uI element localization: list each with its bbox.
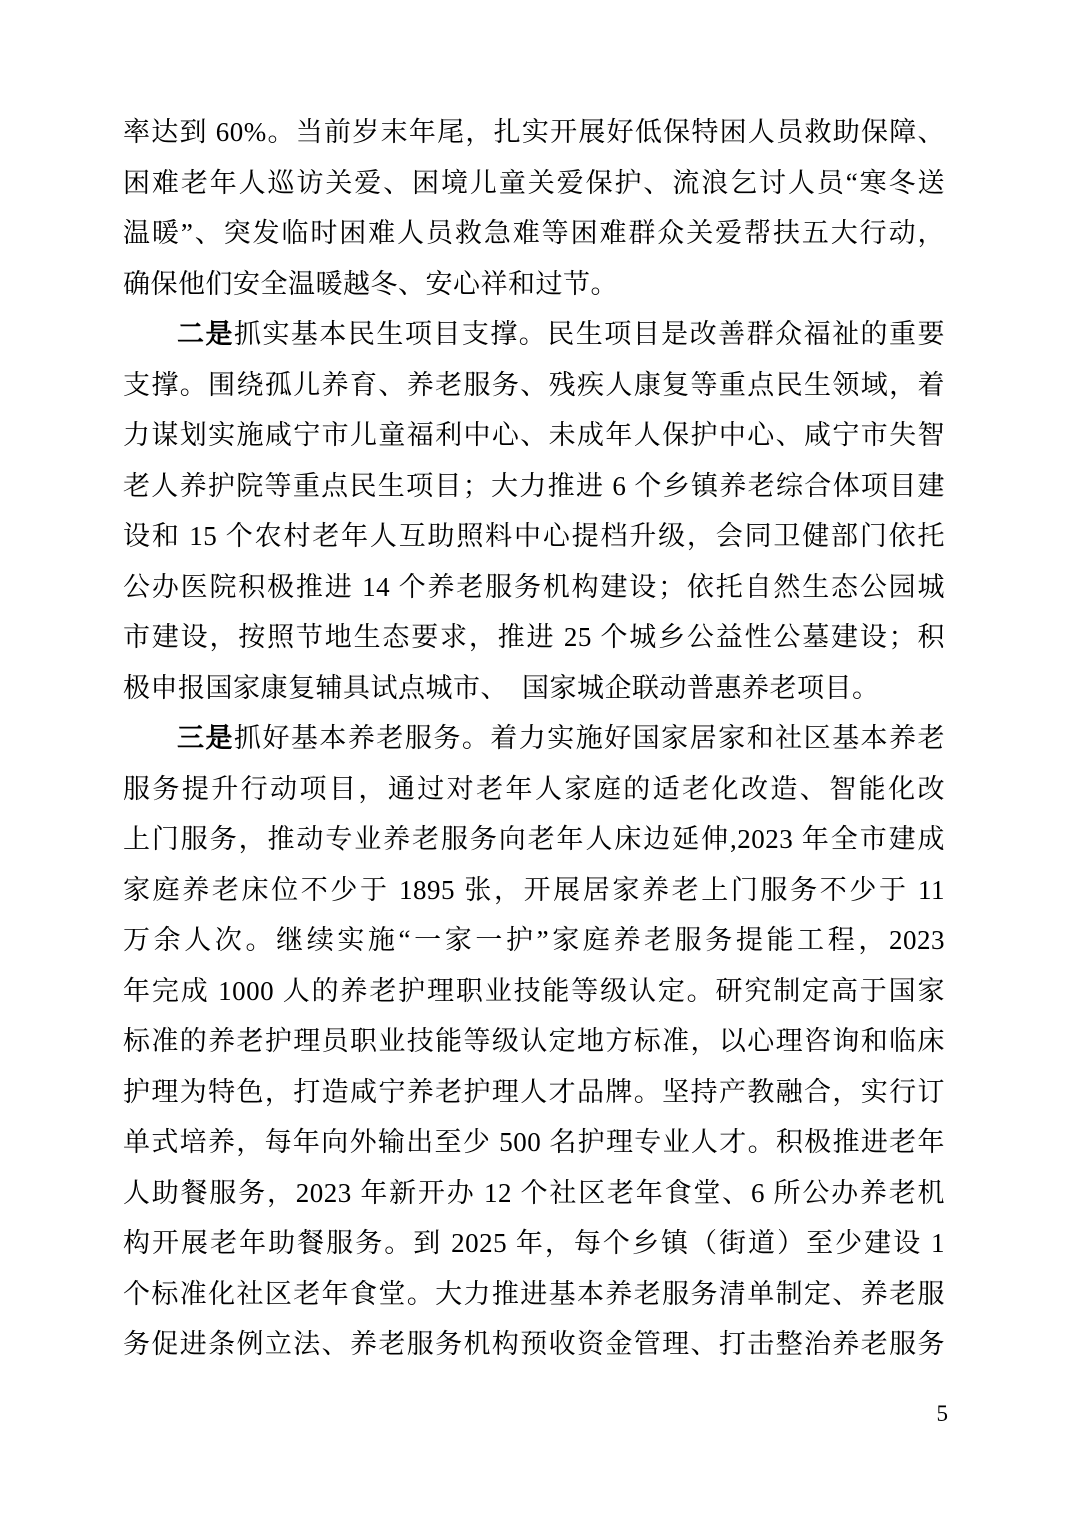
- line-text: 极申报国家康复辅具试点城市、 国家城企联动普惠养老项目。: [123, 673, 880, 703]
- line-text: 护理为特色，打造咸宁养老护理人才品牌。坚持产教融合，实行订: [123, 1077, 945, 1107]
- text-line: 务促进条例立法、养老服务机构预收资金管理、打击整治养老服务: [123, 1319, 945, 1370]
- text-line: 市建设，按照节地生态要求，推进 25 个城乡公益性公墓建设；积: [123, 612, 945, 663]
- line-text: 个标准化社区老年食堂。大力推进基本养老服务清单制定、养老服: [123, 1279, 945, 1309]
- line-text: 确保他们安全温暖越冬、安心祥和过节。: [123, 269, 618, 299]
- line-text: 设和 15 个农村老年人互助照料中心提档升级，会同卫健部门依托: [123, 521, 945, 551]
- text-line: 三是抓好基本养老服务。着力实施好国家居家和社区基本养老: [123, 713, 945, 764]
- text-line: 家庭养老床位不少于 1895 张，开展居家养老上门服务不少于 11: [123, 865, 945, 916]
- line-text: 率达到 60%。当前岁末年尾，扎实开展好低保特困人员救助保障、: [123, 117, 945, 147]
- text-line: 人助餐服务，2023 年新开办 12 个社区老年食堂、6 所公办养老机: [123, 1168, 945, 1219]
- text-line: 公办医院积极推进 14 个养老服务机构建设；依托自然生态公园城: [123, 562, 945, 613]
- text-line: 力谋划实施咸宁市儿童福利中心、未成年人保护中心、咸宁市失智: [123, 410, 945, 461]
- line-text: 抓实基本民生项目支撑。民生项目是改善群众福祉的重要: [234, 319, 945, 349]
- text-line: 支撑。围绕孤儿养育、养老服务、残疾人康复等重点民生领域，着: [123, 360, 945, 411]
- text-line: 确保他们安全温暖越冬、安心祥和过节。: [123, 259, 945, 310]
- line-text: 支撑。围绕孤儿养育、养老服务、残疾人康复等重点民生领域，着: [123, 370, 945, 400]
- line-text: 困难老年人巡访关爱、困境儿童关爱保护、流浪乞讨人员“寒冬送: [123, 168, 945, 198]
- line-text: 抓好基本养老服务。着力实施好国家居家和社区基本养老: [234, 723, 945, 753]
- document-page: 率达到 60%。当前岁末年尾，扎实开展好低保特困人员救助保障、困难老年人巡访关爱…: [0, 0, 1069, 1514]
- line-text: 老人养护院等重点民生项目；大力推进 6 个乡镇养老综合体项目建: [123, 471, 945, 501]
- text-line: 年完成 1000 人的养老护理职业技能等级认定。研究制定高于国家: [123, 966, 945, 1017]
- line-text: 服务提升行动项目，通过对老年人家庭的适老化改造、智能化改造、: [123, 774, 945, 815]
- text-line: 困难老年人巡访关爱、困境儿童关爱保护、流浪乞讨人员“寒冬送: [123, 158, 945, 209]
- text-line: 个标准化社区老年食堂。大力推进基本养老服务清单制定、养老服: [123, 1269, 945, 1320]
- text-line: 构开展老年助餐服务。到 2025 年，每个乡镇（街道）至少建设 1: [123, 1218, 945, 1269]
- line-text: 万余人次。继续实施“一家一护”家庭养老服务提能工程，2023: [123, 925, 945, 955]
- text-line: 极申报国家康复辅具试点城市、 国家城企联动普惠养老项目。: [123, 663, 945, 714]
- text-line: 温暖”、突发临时困难人员救急难等困难群众关爱帮扶五大行动，: [123, 208, 945, 259]
- text-line: 护理为特色，打造咸宁养老护理人才品牌。坚持产教融合，实行订: [123, 1067, 945, 1118]
- bold-lead: 二是: [177, 319, 234, 349]
- line-text: 务促进条例立法、养老服务机构预收资金管理、打击整治养老服务: [123, 1329, 945, 1359]
- text-line: 上门服务，推动专业养老服务向老年人床边延伸,2023 年全市建成: [123, 814, 945, 865]
- line-text: 上门服务，推动专业养老服务向老年人床边延伸,2023 年全市建成: [123, 824, 945, 854]
- line-text: 单式培养，每年向外输出至少 500 名护理专业人才。积极推进老年: [123, 1127, 945, 1157]
- line-text: 人助餐服务，2023 年新开办 12 个社区老年食堂、6 所公办养老机: [123, 1178, 945, 1208]
- bold-lead: 三是: [177, 723, 234, 753]
- text-line: 标准的养老护理员职业技能等级认定地方标准，以心理咨询和临床: [123, 1016, 945, 1067]
- document-body: 率达到 60%。当前岁末年尾，扎实开展好低保特困人员救助保障、困难老年人巡访关爱…: [123, 107, 945, 1370]
- line-text: 年完成 1000 人的养老护理职业技能等级认定。研究制定高于国家: [123, 976, 945, 1006]
- page-number: 5: [937, 1400, 949, 1428]
- text-line: 服务提升行动项目，通过对老年人家庭的适老化改造、智能化改造、: [123, 764, 945, 815]
- line-text: 温暖”、突发临时困难人员救急难等困难群众关爱帮扶五大行动，: [123, 218, 945, 248]
- line-text: 市建设，按照节地生态要求，推进 25 个城乡公益性公墓建设；积: [123, 622, 945, 652]
- text-line: 单式培养，每年向外输出至少 500 名护理专业人才。积极推进老年: [123, 1117, 945, 1168]
- text-line: 设和 15 个农村老年人互助照料中心提档升级，会同卫健部门依托: [123, 511, 945, 562]
- text-line: 率达到 60%。当前岁末年尾，扎实开展好低保特困人员救助保障、: [123, 107, 945, 158]
- text-line: 老人养护院等重点民生项目；大力推进 6 个乡镇养老综合体项目建: [123, 461, 945, 512]
- text-line: 二是抓实基本民生项目支撑。民生项目是改善群众福祉的重要: [123, 309, 945, 360]
- line-text: 标准的养老护理员职业技能等级认定地方标准，以心理咨询和临床: [123, 1026, 945, 1056]
- line-text: 构开展老年助餐服务。到 2025 年，每个乡镇（街道）至少建设 1: [123, 1228, 945, 1258]
- line-text: 力谋划实施咸宁市儿童福利中心、未成年人保护中心、咸宁市失智: [123, 420, 945, 450]
- line-text: 家庭养老床位不少于 1895 张，开展居家养老上门服务不少于 11: [123, 875, 945, 905]
- line-text: 公办医院积极推进 14 个养老服务机构建设；依托自然生态公园城: [123, 572, 945, 602]
- text-line: 万余人次。继续实施“一家一护”家庭养老服务提能工程，2023: [123, 915, 945, 966]
